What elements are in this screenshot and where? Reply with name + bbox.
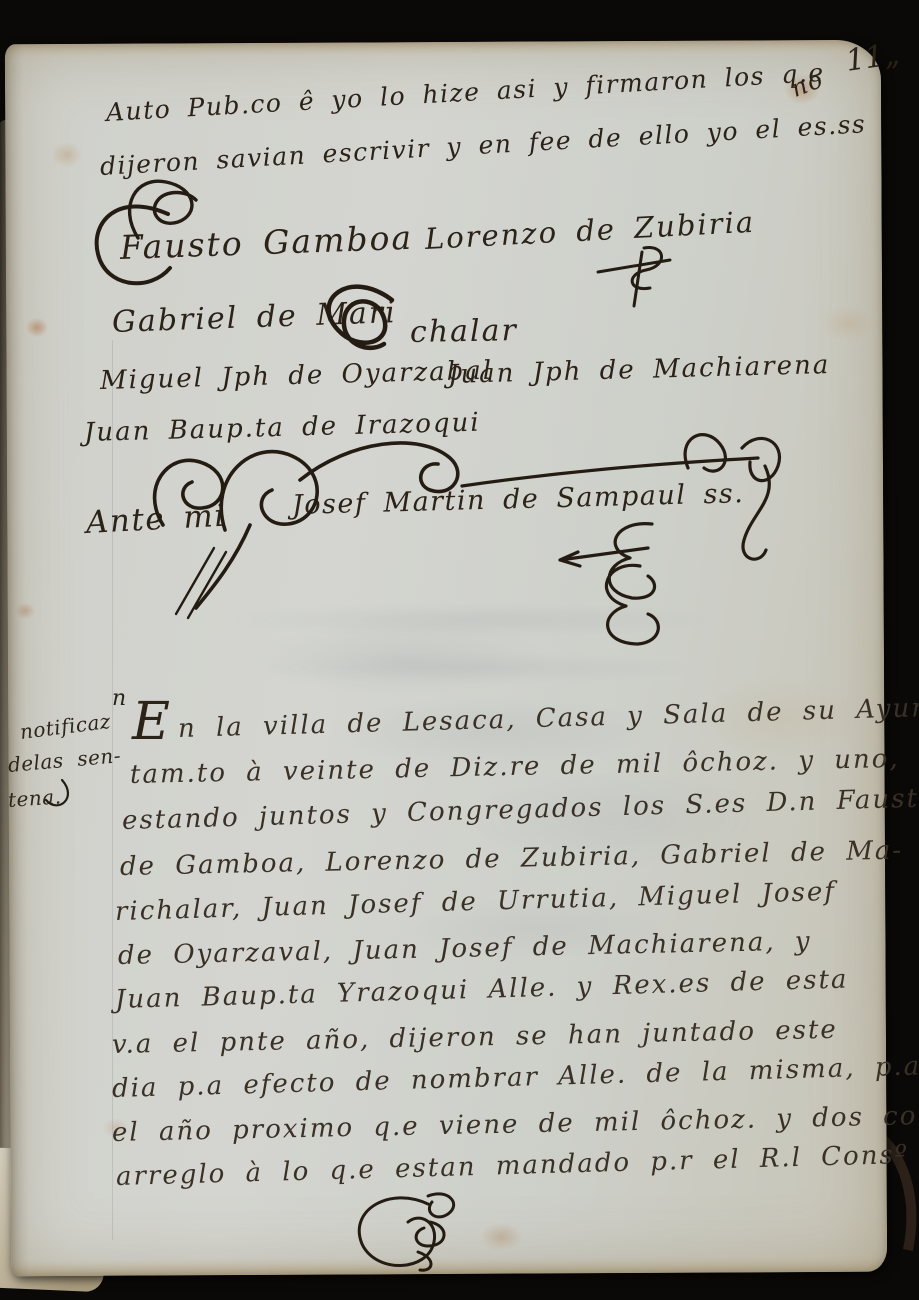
- manuscript-scan: 11„ Auto Pub.co ê yo lo hize asi y firma…: [0, 0, 919, 1300]
- page-number: 11„: [844, 37, 902, 79]
- body-initial-letter: E: [132, 692, 170, 752]
- margin-note-line-3: tena.: [7, 784, 62, 812]
- ante-mi-label: Ante mi: [85, 498, 227, 541]
- margin-rule: [112, 340, 113, 1240]
- body-initial-superscript: n: [112, 686, 128, 711]
- signature-gabriel-de-marichalar-suffix: chalar: [410, 313, 518, 350]
